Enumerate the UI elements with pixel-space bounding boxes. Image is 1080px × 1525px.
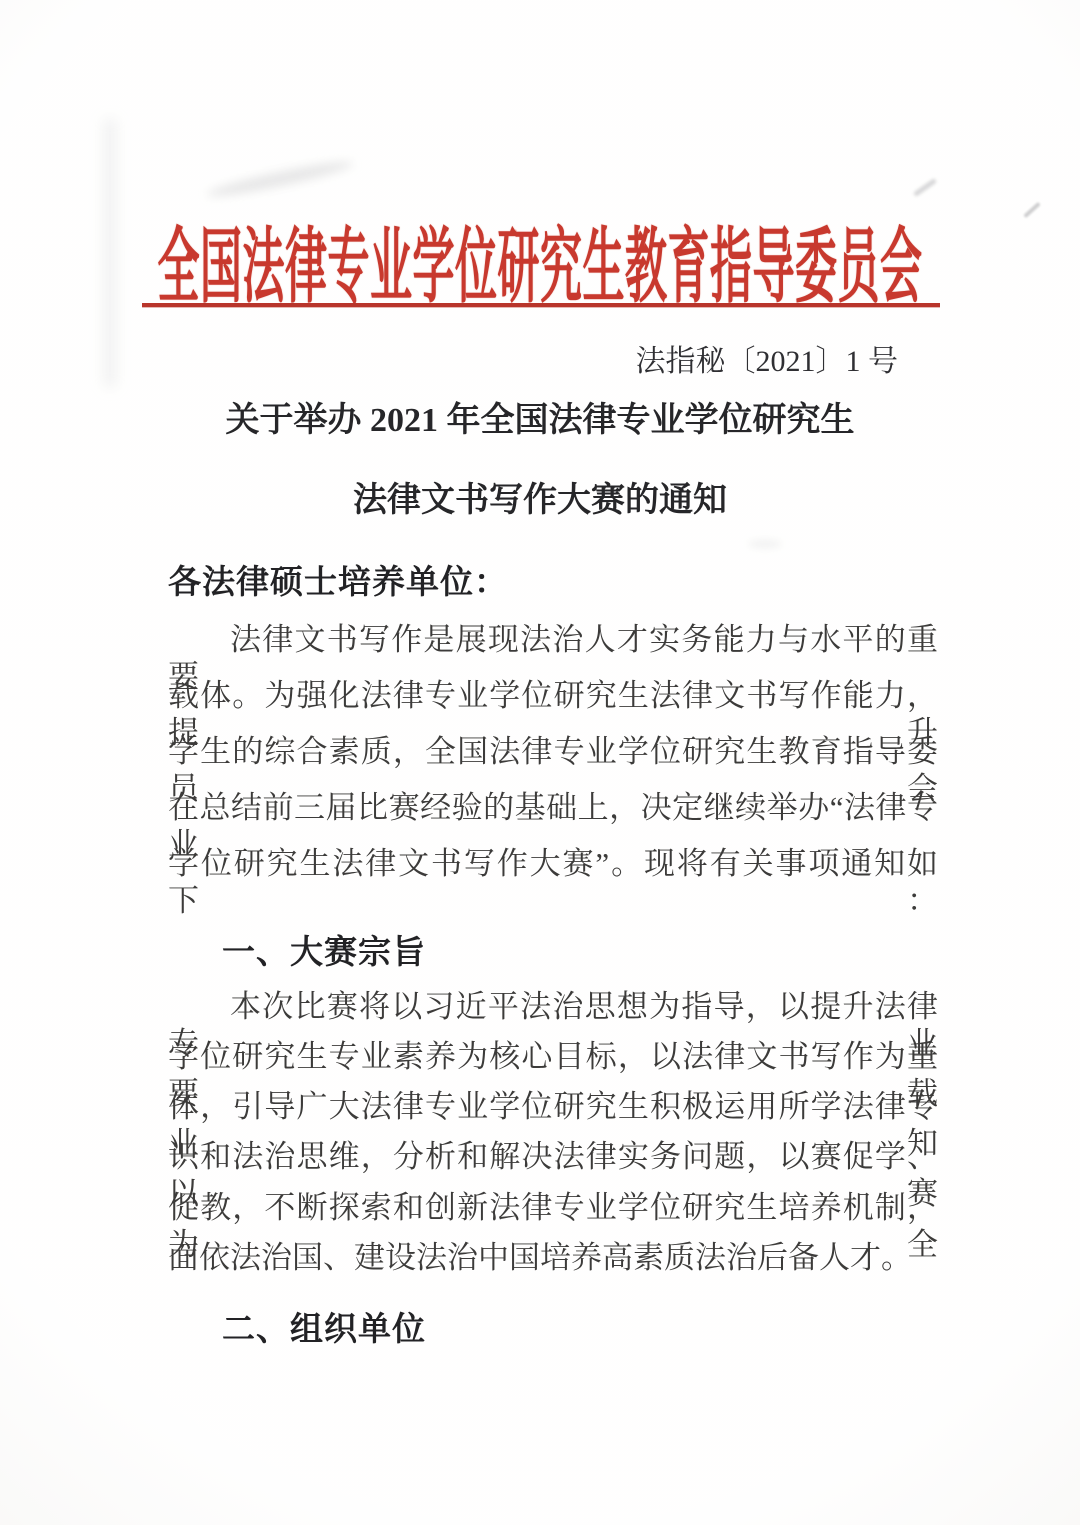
paragraph-2-line-6: 面依法治国、建设法治中国培养高素质法治后备人才。 [168, 1239, 938, 1276]
section-heading-1: 一、大赛宗旨 [222, 926, 426, 973]
section-heading-2: 二、组织单位 [222, 1303, 426, 1350]
scan-smudge [748, 540, 782, 548]
document-number: 法指秘〔2021〕1 号 [636, 336, 899, 380]
scan-smudge [913, 178, 937, 197]
paragraph-1-line-5: 学位研究生法律文书写作大赛”。现将有关事项通知如下： [168, 845, 938, 919]
letterhead-banner: 全国法律专业学位研究生教育指导委员会 [0, 203, 1080, 263]
document-page: 全国法律专业学位研究生教育指导委员会 法指秘〔2021〕1 号 关于举办 202… [0, 0, 1080, 1525]
letterhead-divider-rule [142, 303, 940, 307]
document-title-line-2: 法律文书写作大赛的通知 [0, 472, 1080, 521]
document-title-line-1: 关于举办 2021 年全国法律专业学位研究生 [0, 392, 1080, 441]
salutation: 各法律硕士培养单位： [168, 556, 508, 603]
scan-smudge [205, 157, 355, 202]
